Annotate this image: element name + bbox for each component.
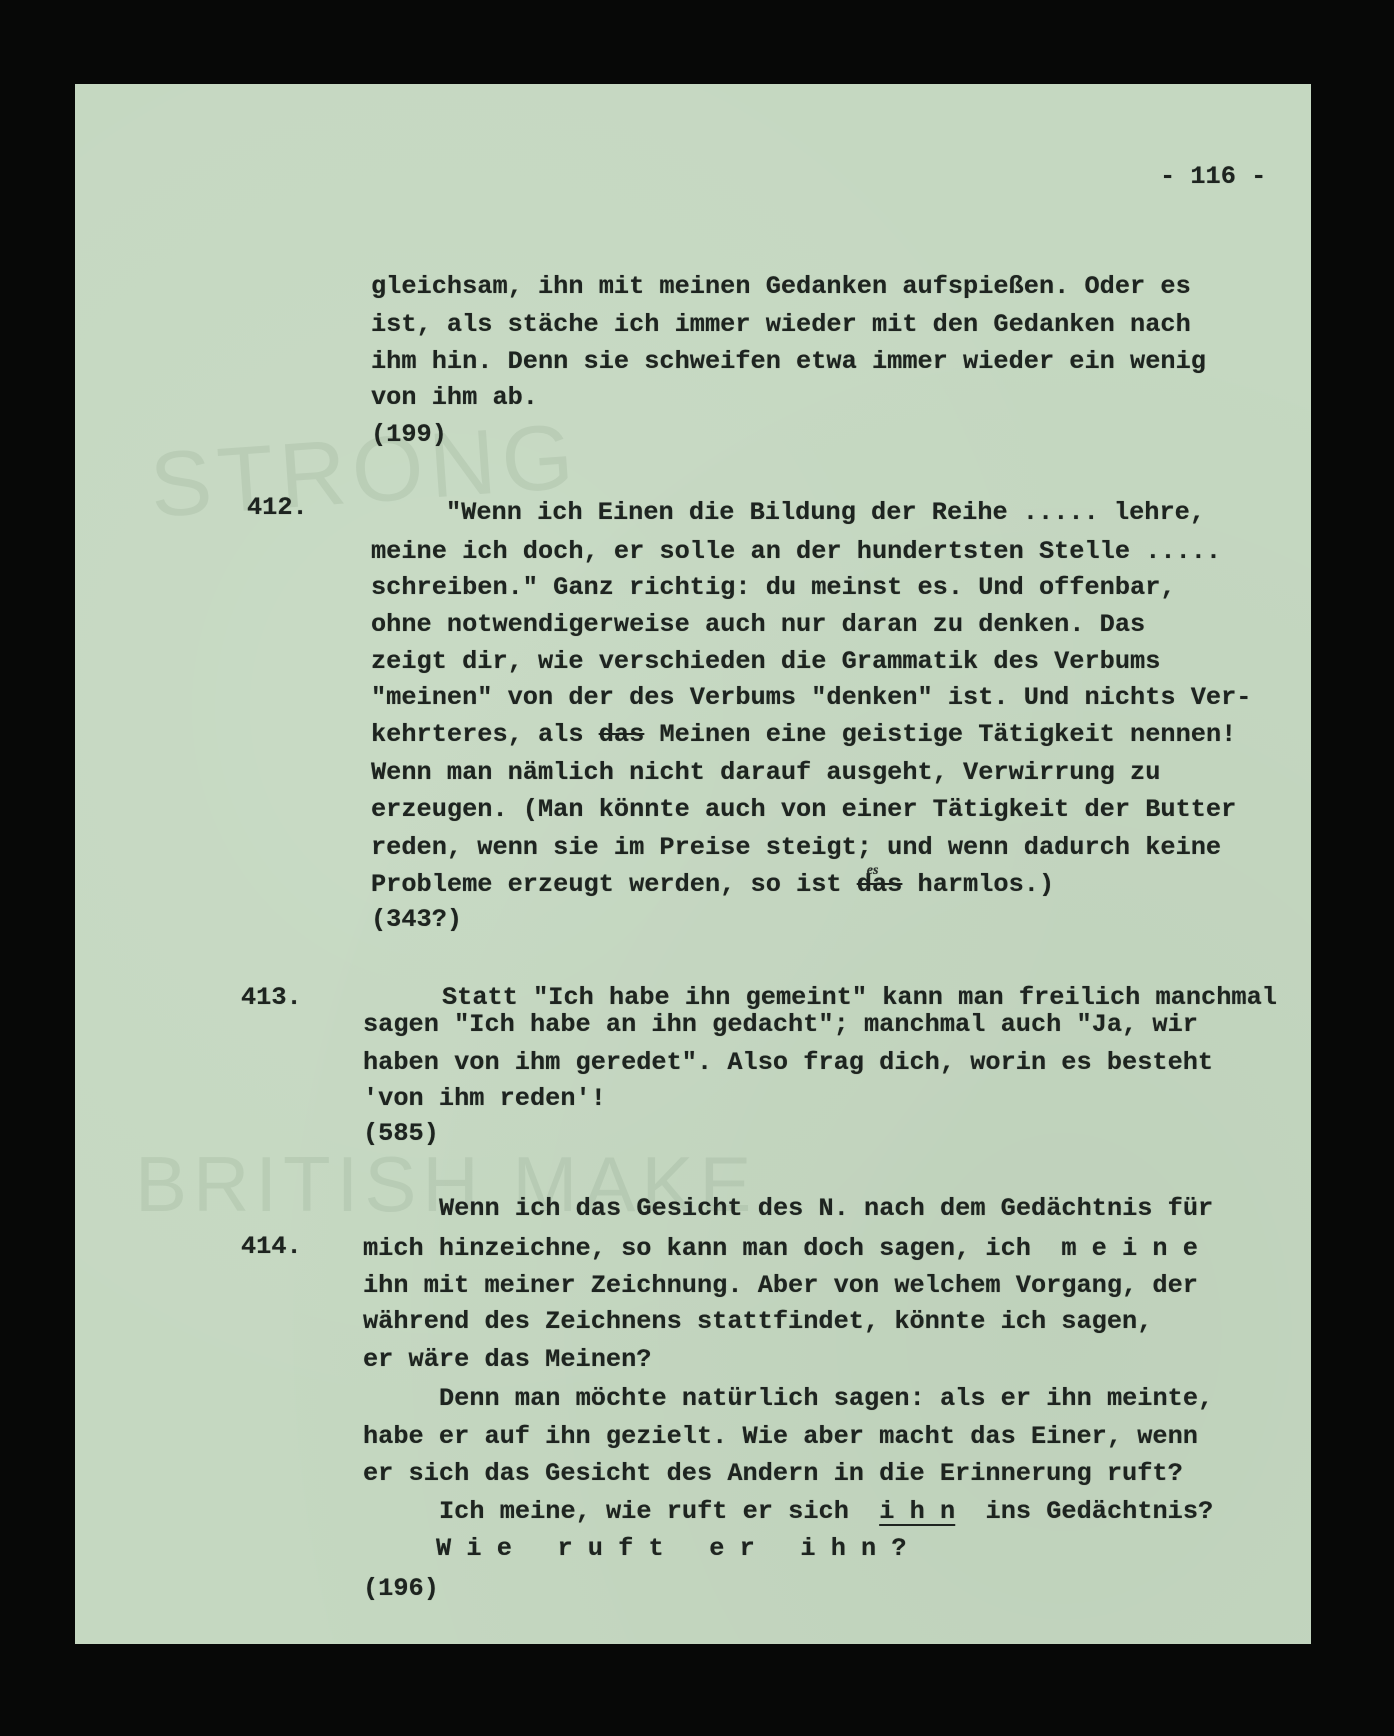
struck-word: das xyxy=(599,720,645,749)
text-line: "Wenn ich Einen die Bildung der Reihe ..… xyxy=(446,498,1205,528)
text-line-with-underline: Ich meine, wie ruft er sich i h n ins Ge… xyxy=(439,1497,1213,1527)
text-fragment: Meinen eine geistige Tätigkeit nennen! xyxy=(644,720,1236,749)
text-line: Statt "Ich habe ihn gemeint" kann man fr… xyxy=(442,983,1277,1013)
text-line: Wenn man nämlich nicht darauf ausgeht, V… xyxy=(371,758,1160,788)
text-line: ohne notwendigerweise auch nur daran zu … xyxy=(371,610,1145,640)
text-fragment: Ich meine, wie ruft er sich xyxy=(439,1497,879,1526)
spaced-emphasis: m e i n e xyxy=(1061,1234,1198,1263)
text-line: er sich das Gesicht des Andern in die Er… xyxy=(363,1459,1183,1489)
text-line: zeigt dir, wie verschieden die Grammatik… xyxy=(371,647,1160,677)
handwritten-correction: es xyxy=(867,856,879,886)
text-line: erzeugen. (Man könnte auch von einer Tät… xyxy=(371,795,1236,825)
text-line: ihm hin. Denn sie schweifen etwa immer w… xyxy=(371,347,1206,377)
text-line: schreiben." Ganz richtig: du meinst es. … xyxy=(371,573,1176,603)
text-line: er wäre das Meinen? xyxy=(363,1345,651,1375)
text-line: 'von ihm reden'! xyxy=(363,1084,606,1114)
text-line-with-strikeout: kehrteres, als das Meinen eine geistige … xyxy=(371,720,1236,750)
text-line: "meinen" von der des Verbums "denken" is… xyxy=(371,683,1251,713)
underlined-emphasis: i h n xyxy=(879,1497,955,1526)
text-line: Denn man möchte natürlich sagen: als er … xyxy=(439,1384,1213,1414)
text-line: habe er auf ihn gezielt. Wie aber macht … xyxy=(363,1422,1198,1452)
text-line-with-correction: Probleme erzeugt werden, so ist esdas ha… xyxy=(371,870,1054,900)
text-line: ist, als stäche ich immer wieder mit den… xyxy=(371,310,1191,340)
text-line: von ihm ab. xyxy=(371,383,538,413)
text-line-with-spaced-emphasis: mich hinzeichne, so kann man doch sagen,… xyxy=(363,1234,1198,1264)
reference-number: (199) xyxy=(371,420,447,450)
text-line: haben von ihm geredet". Also frag dich, … xyxy=(363,1048,1213,1078)
text-fragment: Probleme erzeugt werden, so ist xyxy=(371,870,857,899)
page-number: - 116 - xyxy=(1160,162,1266,192)
text-fragment: ins Gedächtnis? xyxy=(955,1497,1213,1526)
section-number: 412. xyxy=(247,493,308,523)
section-number: 414. xyxy=(241,1232,302,1262)
text-line: ihn mit meiner Zeichnung. Aber von welch… xyxy=(363,1271,1198,1301)
text-line: sagen "Ich habe an ihn gedacht"; manchma… xyxy=(363,1010,1198,1040)
reference-number: (585) xyxy=(363,1119,439,1149)
text-fragment: kehrteres, als xyxy=(371,720,599,749)
text-line: während des Zeichnens stattfindet, könnt… xyxy=(363,1307,1152,1337)
reference-number: (196) xyxy=(363,1574,439,1604)
text-line: gleichsam, ihn mit meinen Gedanken aufsp… xyxy=(371,272,1191,302)
text-line: reden, wenn sie im Preise steigt; und we… xyxy=(371,833,1221,863)
text-line: Wenn ich das Gesicht des N. nach dem Ged… xyxy=(439,1194,1213,1224)
text-line: W i e r u f t e r i h n ? xyxy=(436,1534,907,1564)
text-line: meine ich doch, er solle an der hunderts… xyxy=(371,537,1221,567)
text-fragment: harmlos.) xyxy=(902,870,1054,899)
section-number: 413. xyxy=(241,983,302,1013)
reference-number: (343?) xyxy=(371,905,462,935)
struck-word: das xyxy=(857,870,903,899)
text-fragment: mich hinzeichne, so kann man doch sagen,… xyxy=(363,1234,1061,1263)
